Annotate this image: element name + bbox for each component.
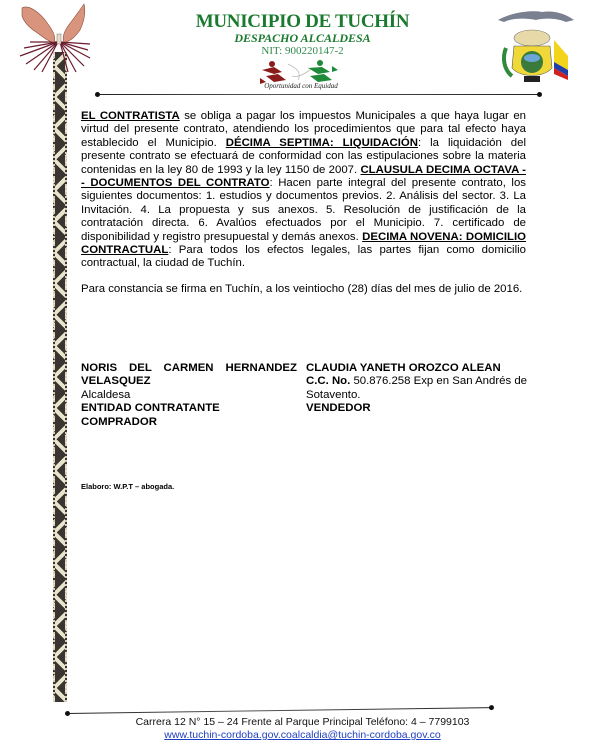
- clause-heading: EL CONTRATISTA: [81, 110, 180, 122]
- clauses-paragraph: EL CONTRATISTA se obliga a pagar los imp…: [81, 110, 526, 271]
- clause-heading: DÉCIMA SEPTIMA: LIQUIDACIÓN: [226, 137, 418, 149]
- signer-name-line2: VELASQUEZ: [81, 375, 297, 388]
- signer-party: COMPRADOR: [81, 416, 297, 429]
- signature-block-seller: CLAUDIA YANETH OROZCO ALEAN C.C. No. 50.…: [306, 362, 531, 416]
- seller-id: C.C. No. 50.876.258 Exp en San Andrés de…: [306, 375, 531, 402]
- header-divider: [97, 94, 540, 95]
- signer-entity: ENTIDAD CONTRATANTE: [81, 402, 297, 415]
- signature-block-buyer: NORIS DEL CARMEN HERNANDEZ VELASQUEZ Alc…: [81, 362, 297, 429]
- footer-address: Carrera 12 N° 15 – 24 Frente al Parque P…: [0, 716, 605, 728]
- footer-divider: [67, 707, 492, 714]
- contract-clauses: EL CONTRATISTA se obliga a pagar los imp…: [81, 110, 526, 271]
- prepared-by-note: Elaboro: W.P.T – abogada.: [81, 482, 174, 491]
- seller-party: VENDEDOR: [306, 402, 531, 415]
- seller-id-label: C.C. No.: [306, 375, 350, 387]
- footer-website-link[interactable]: www.tuchin-cordoba.gov.coalcaldia@tuchin…: [0, 729, 605, 741]
- signer-name-line1: NORIS DEL CARMEN HERNANDEZ: [81, 362, 297, 375]
- seller-name: CLAUDIA YANETH OROZCO ALEAN: [306, 362, 531, 375]
- signing-statement: Para constancia se firma en Tuchín, a lo…: [81, 283, 522, 295]
- slogan-text: Oportunidad con Equidad: [252, 82, 350, 90]
- municipal-coat-of-arms-icon: [492, 4, 578, 88]
- signer-role: Alcaldesa: [81, 389, 297, 402]
- woven-strip-border: [53, 52, 67, 702]
